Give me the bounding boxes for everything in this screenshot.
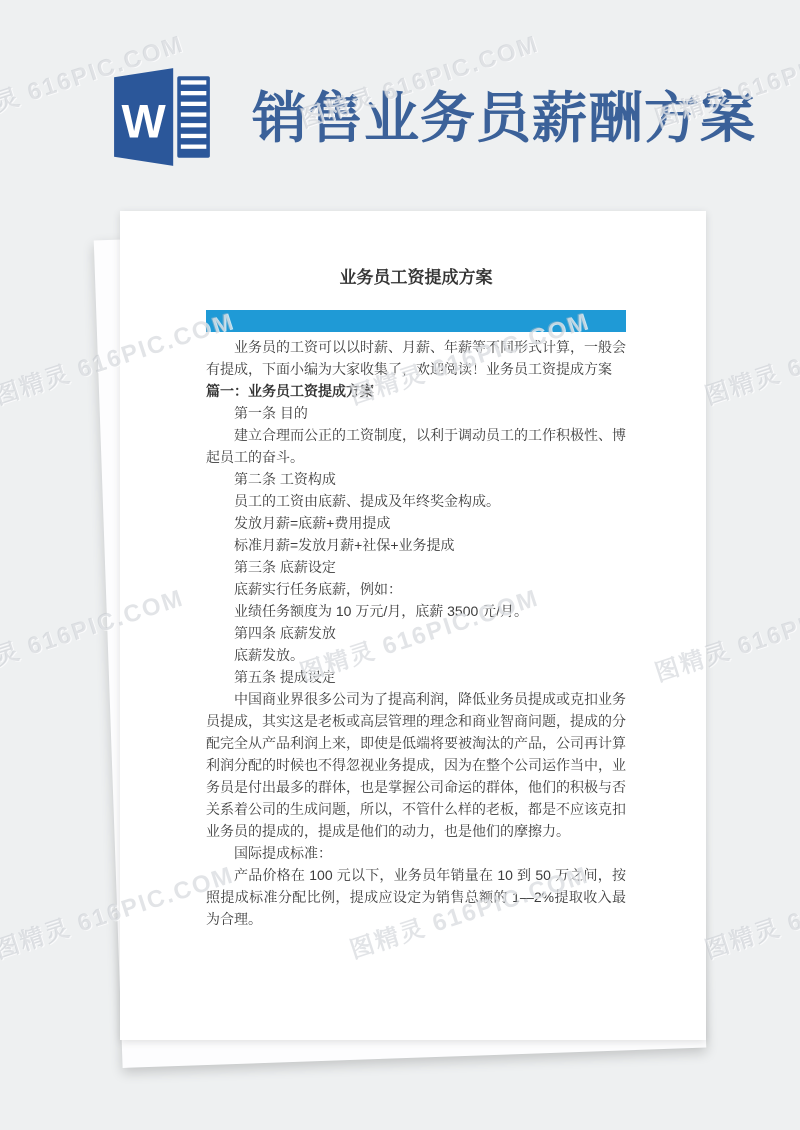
paragraph-formula-2: 标准月薪=发放月薪+社保+业务提成: [206, 534, 626, 556]
document-title: 业务员工资提成方案: [206, 267, 626, 289]
paragraph-article2-body: 员工的工资由底薪、提成及年终奖金构成。: [206, 490, 626, 512]
document-page: 业务员工资提成方案 业务员的工资可以以时薪、月薪、年薪等不同形式计算，一般会有提…: [120, 211, 706, 1040]
paragraph-standard-body: 产品价格在 100 元以下，业务员年销量在 10 到 50 万之间，按照提成标准…: [206, 864, 626, 930]
paragraph-section-heading: 篇一：业务员工资提成方案: [206, 380, 626, 402]
paragraph-article2-title: 第二条 工资构成: [206, 468, 626, 490]
paragraph-article5-body: 中国商业界很多公司为了提高利润，降低业务员提成或克扣业务员提成，其实这是老板或高…: [206, 688, 626, 842]
paragraph-article4-title: 第四条 底薪发放: [206, 622, 626, 644]
document-body: 业务员的工资可以以时薪、月薪、年薪等不同形式计算，一般会有提成，下面小编为大家收…: [206, 336, 626, 930]
cover-title: 销售业务员薪酬方案: [252, 74, 756, 153]
preview-background: { "header": { "title": "销售业务员薪酬方案", "tit…: [0, 0, 800, 1130]
paragraph-formula-1: 发放月薪=底薪+费用提成: [206, 512, 626, 534]
word-icon: W: [112, 64, 214, 170]
paragraph-article4-body: 底薪发放。: [206, 644, 626, 666]
paragraph-standard-title: 国际提成标准：: [206, 842, 626, 864]
paragraph-article1-body: 建立合理而公正的工资制度，以利于调动员工的工作积极性、博起员工的奋斗。: [206, 424, 626, 468]
paragraph-article3-title: 第三条 底薪设定: [206, 556, 626, 578]
paragraph-article3-body-2: 业绩任务额度为 10 万元/月，底薪 3500 元/月。: [206, 600, 626, 622]
header: W 销售业务员薪酬方案: [0, 0, 800, 190]
paragraph-article1-title: 第一条 目的: [206, 402, 626, 424]
word-icon-letter: W: [122, 95, 167, 147]
paragraph-article5-title: 第五条 提成设定: [206, 666, 626, 688]
watermark-text: 图精灵 616PIC.COM: [700, 855, 800, 965]
paragraph-article3-body-1: 底薪实行任务底薪，例如：: [206, 578, 626, 600]
watermark-text: 图精灵 616PIC.COM: [700, 301, 800, 411]
paragraph-intro: 业务员的工资可以以时薪、月薪、年薪等不同形式计算，一般会有提成，下面小编为大家收…: [206, 336, 626, 380]
title-accent-bar: [206, 310, 626, 332]
